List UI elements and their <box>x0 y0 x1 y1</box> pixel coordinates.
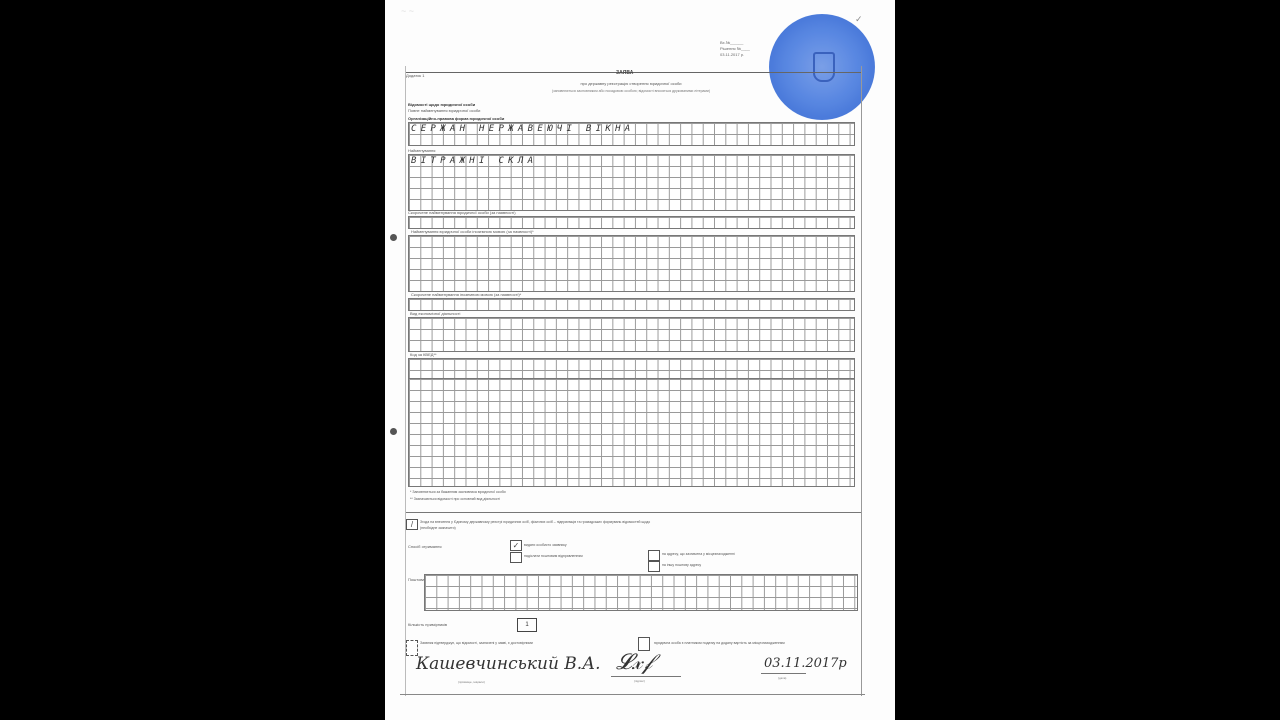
foreign-name-field[interactable] <box>408 235 855 292</box>
check-mark-icon: ✓ <box>855 14 863 25</box>
short-name-grid-label: Скорочене найменування юридичної особи (… <box>408 210 516 215</box>
form-title: ЗАЯВА <box>616 70 633 76</box>
code-label: Код за КВЕД** <box>410 352 437 357</box>
option-3-checkbox[interactable] <box>648 550 660 561</box>
signature-line <box>611 676 681 677</box>
foreign-short-field[interactable] <box>408 298 855 311</box>
short-name-handwritten: ВІТРАЖНІ СКЛА <box>411 156 537 166</box>
signature-scribble: 𝓛𝓍𝒻 <box>616 650 652 675</box>
short-name-label: Найменування <box>408 148 435 153</box>
option-2-checkbox[interactable] <box>510 552 522 563</box>
name-handwritten: СЕРЖАН НЕРЖАВЕЮЧІ ВІКНА <box>411 124 635 134</box>
legal-entity-header: Відомості щодо юридичної особи <box>408 102 475 107</box>
application-form: Додаток 1 ЗАЯВА про державну реєстрацію … <box>405 66 862 696</box>
option-1-label: видати особисто заявнику <box>524 543 567 547</box>
foreign-short-label: Скорочене найменування іноземною мовою (… <box>411 292 521 297</box>
copies-label: Кількість примірників <box>408 622 447 627</box>
copies-field[interactable]: 1 <box>517 618 537 632</box>
consent-subtext: (необхідне зазначити) <box>420 526 456 530</box>
option-4-checkbox[interactable] <box>648 561 660 572</box>
short-name-secondary-field[interactable] <box>408 216 855 229</box>
consent-text: Згода на внесення у Єдиному державному р… <box>420 520 650 524</box>
footnote-1: * Заповнюється за бажанням засновника юр… <box>410 490 506 494</box>
corner-mark: ~ ~ <box>401 6 414 16</box>
consent-checkbox[interactable]: / <box>406 519 418 530</box>
appendix-label: Додаток 1 <box>406 73 424 78</box>
signer-name-handwritten: Кашевчинський В.А. <box>416 654 600 674</box>
option-4-label: на іншу поштову адресу <box>662 563 701 567</box>
org-form-label: Організаційно-правова форма юридичної ос… <box>408 116 504 121</box>
header-divider <box>406 72 861 73</box>
section-divider <box>406 512 861 513</box>
full-name-label: Повне найменування юридичної особи <box>408 108 480 113</box>
form-subtitle: про державну реєстрацію створення юридич… <box>466 81 796 86</box>
option-3-label: на адресу, що зазначена у місцезнаходжен… <box>662 552 735 556</box>
date-handwritten: 03.11.2017р <box>764 656 847 671</box>
vat-text: юридична особа є платником податку на до… <box>654 641 785 645</box>
address-field[interactable] <box>408 378 855 487</box>
signer-name-caption: (прізвище, ініціали) <box>458 680 485 684</box>
confirmation-text: Заявник підтверджує, що відомості, зазна… <box>420 641 533 645</box>
form-note: (заповнюється засновником або посадовою … <box>406 88 856 94</box>
punch-hole-icon <box>390 428 397 435</box>
signature-caption: (підпис) <box>634 679 645 683</box>
activity-field[interactable] <box>408 317 855 352</box>
punch-hole-icon <box>390 234 397 241</box>
foreign-name-label: Найменування юридичної особи іноземною м… <box>411 229 534 234</box>
date-caption: (дата) <box>778 676 786 680</box>
option-2-label: надіслати поштовим відправленням <box>524 554 583 558</box>
date-line <box>761 673 806 674</box>
option-1-checkbox[interactable]: ✓ <box>510 540 522 551</box>
delivery-label: Спосіб отримання <box>408 544 442 549</box>
scanned-document-page: ~ ~ Вх.№______ Рішення №____ 03.11.2017 … <box>385 0 895 720</box>
bottom-edge-line <box>400 694 865 695</box>
postal-address-field[interactable] <box>424 574 858 611</box>
footnote-2: ** Зазначаються відомості про основний в… <box>410 497 500 501</box>
activity-label: Вид економічної діяльності <box>410 311 460 316</box>
vat-checkbox[interactable] <box>638 637 650 651</box>
